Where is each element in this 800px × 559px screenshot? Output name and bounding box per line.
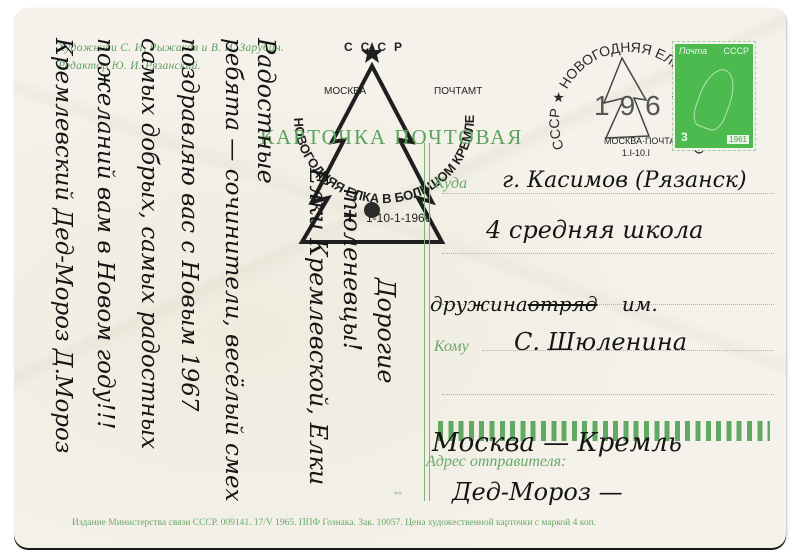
address-line [442, 394, 774, 395]
address-line [442, 193, 774, 194]
card-title: КАРТОЧКА ПОЧТОВАЯ [260, 125, 523, 150]
address-prefix: дружина [430, 292, 528, 316]
address-where-3: дружинаотряд им. [430, 292, 658, 316]
message-line-6: поздравляю вас с Новым 1967 [176, 38, 202, 411]
publisher-footer: Издание Министерства связи СССР. 009141.… [72, 518, 596, 528]
message-line-5: ребята — сочинители, весёлый смех [220, 38, 246, 502]
postmark-tree-left: МОСКВА [324, 86, 366, 97]
address-whom: С. Шюленина [514, 328, 687, 356]
postcard: Художники С. И. Рыжаков и В. И. Зарубин.… [14, 8, 786, 548]
stamp-value: 3 [681, 130, 688, 144]
label-where: Куда [434, 175, 467, 193]
message-line-3: Елки Кремлевской, Елки [304, 168, 332, 485]
message-line-4: Радостные [252, 38, 280, 184]
address-where-2: 4 средняя школа [486, 216, 703, 244]
address-suffix: им. [622, 292, 658, 316]
message-line-7: самых добрых, самых радостных [136, 38, 162, 449]
sender-line-1: Москва — Кремль [432, 428, 682, 458]
postage-stamp: Почта СССР 3 1961 [673, 42, 755, 150]
message-line-1: Дорогие [372, 278, 400, 384]
message-line-8: пожеланий вам в Новом году!!! [92, 38, 118, 430]
message-line-9: Кремлевский Дед-Мороз Д.Мороз [50, 38, 76, 453]
stamp-country: СССР [723, 46, 749, 56]
stamp-year: 1961 [727, 135, 749, 144]
address-struck: отряд [528, 292, 598, 316]
label-whom: Кому [434, 338, 469, 356]
postmark-tree-right: ПОЧТАМТ [434, 86, 482, 97]
decorative-stars: ** [394, 490, 402, 499]
rocket-icon [689, 64, 740, 133]
message-line-2: тюленевцы! [338, 188, 366, 351]
address-line [442, 253, 774, 254]
divider-line [424, 143, 430, 501]
postmark-tree-top: СССР [344, 40, 410, 54]
sender-line-2: Дед-Мороз — [452, 478, 623, 506]
stamp-label: Почта [679, 46, 707, 56]
address-where-1: г. Касимов (Рязанск) [502, 168, 747, 193]
round-postmark-dates: 1.I-10.I [622, 148, 650, 158]
